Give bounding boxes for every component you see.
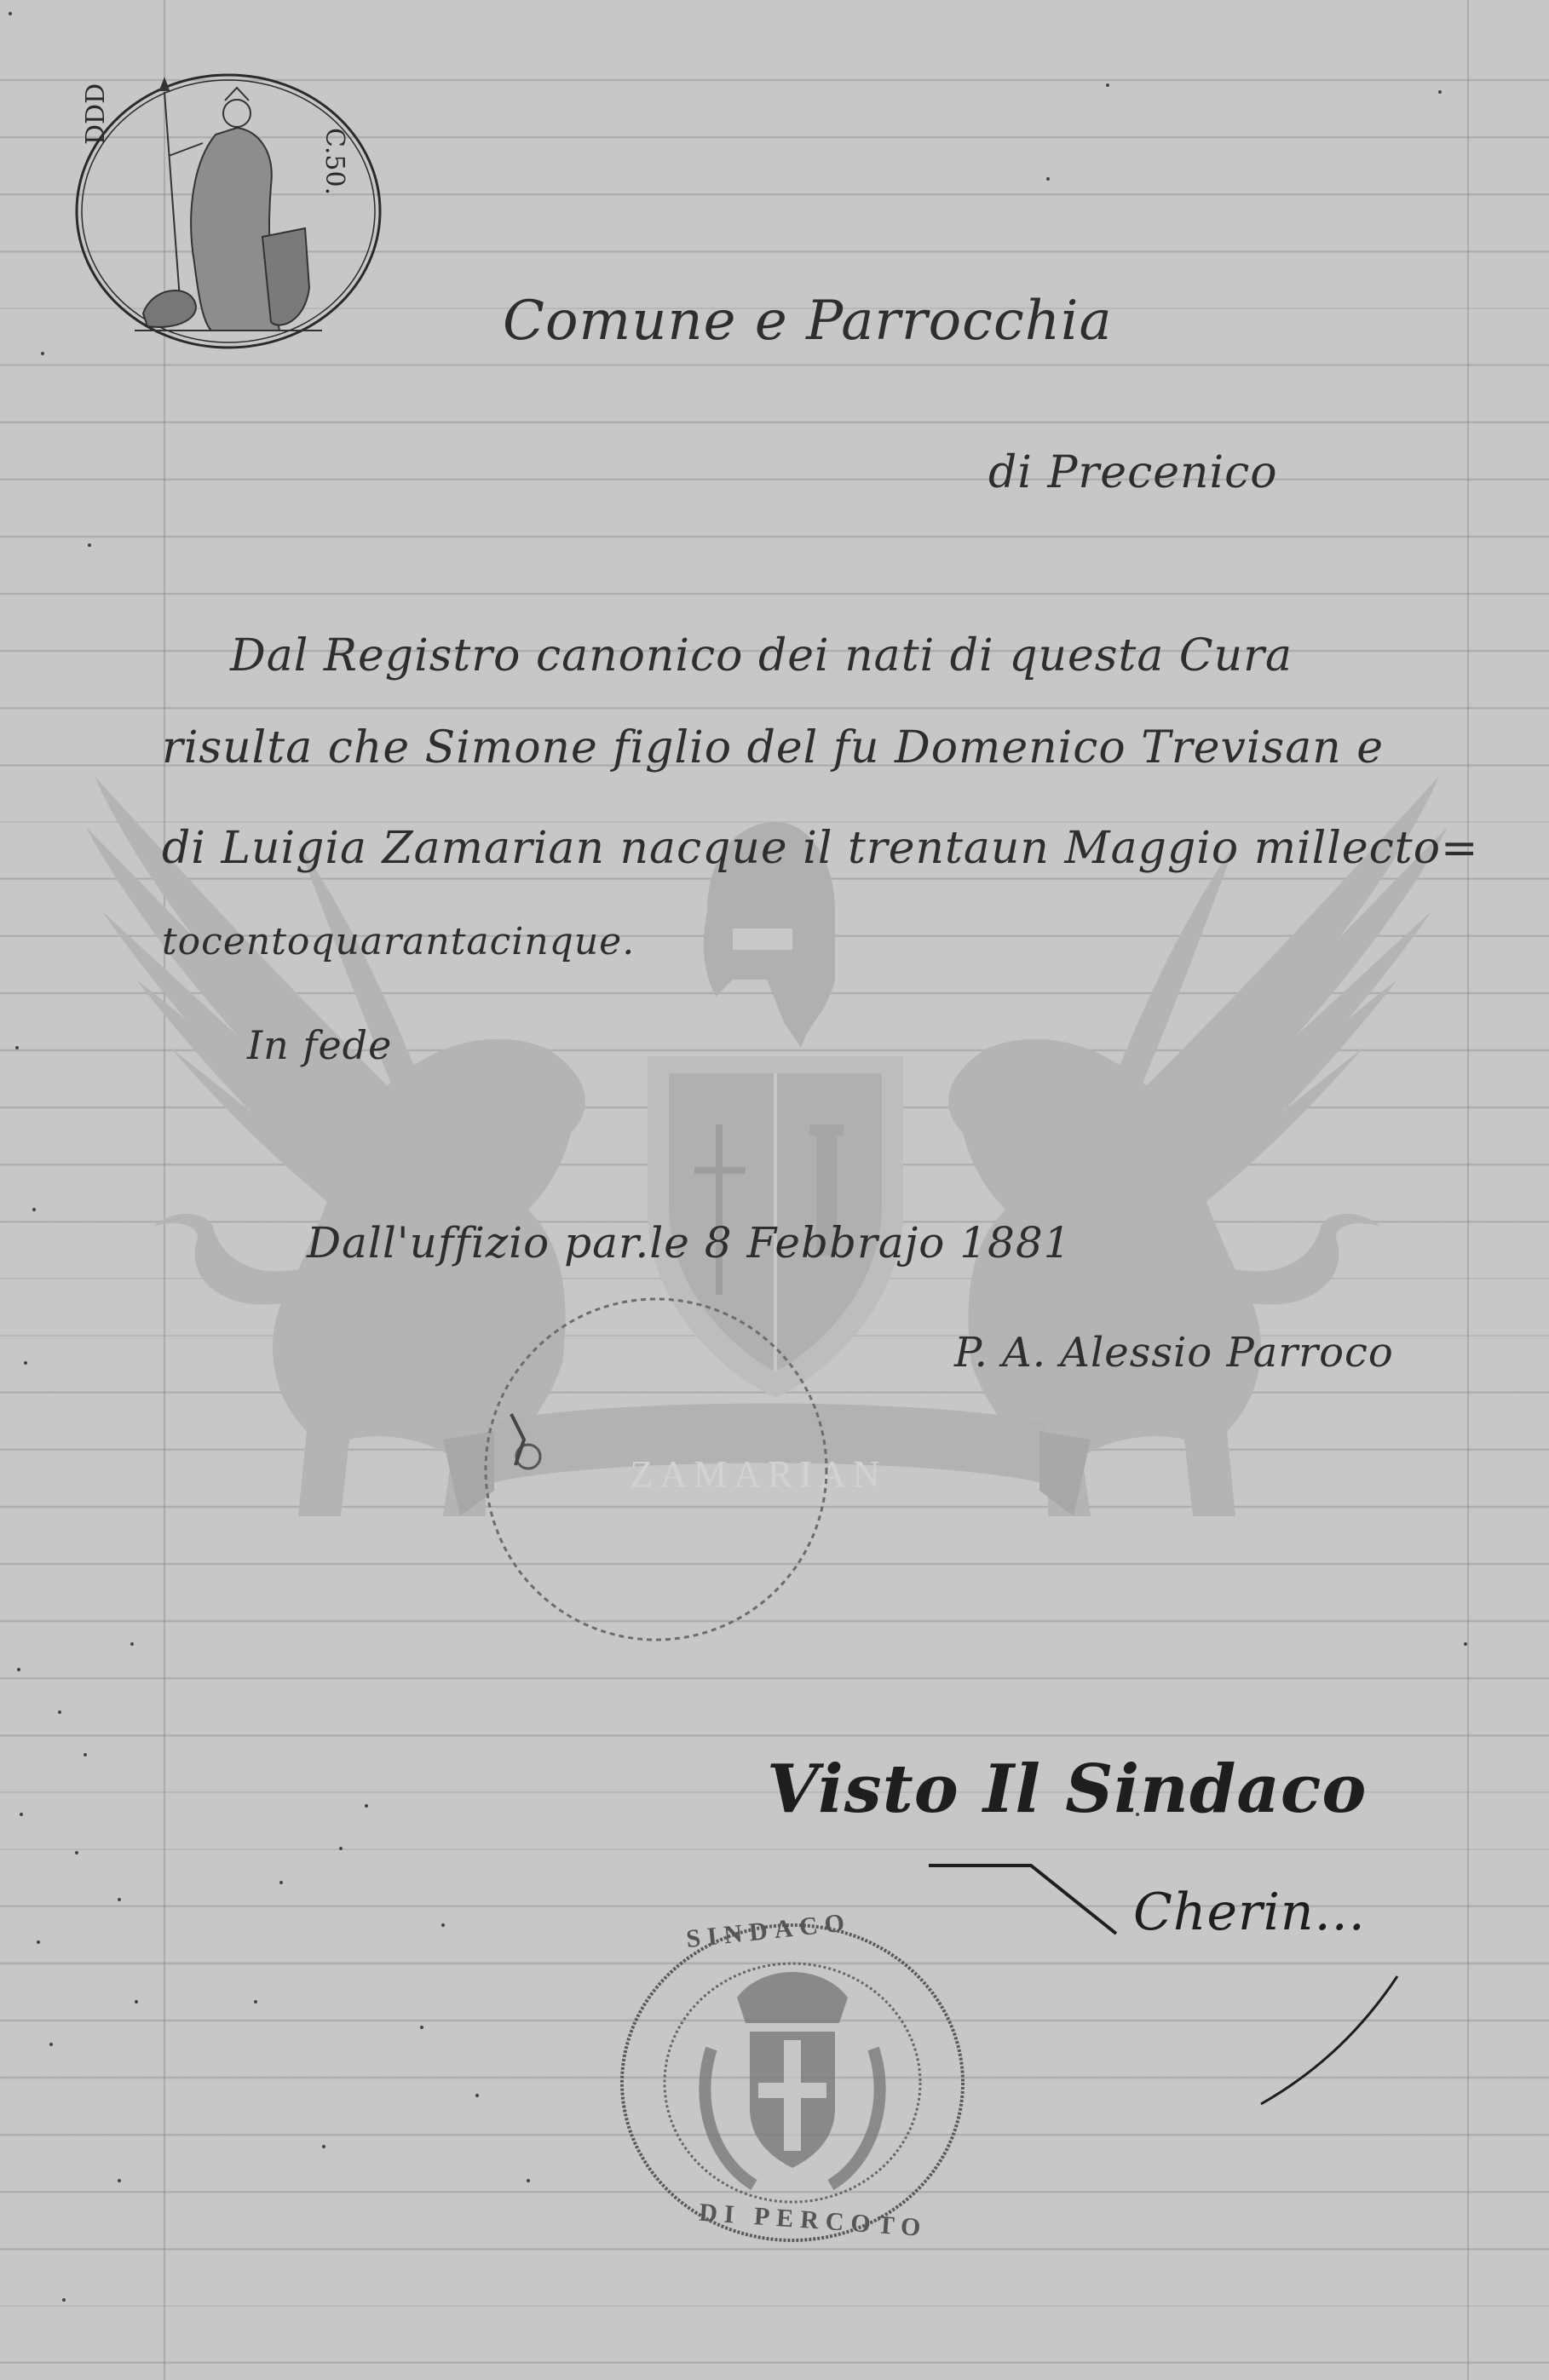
dateline: Dall'uffizio par.le 8 Febbrajo 1881 <box>307 1218 1071 1268</box>
header-comune-parrocchia: Comune e Parrocchia <box>503 290 1113 353</box>
priest-signature: P. A. Alessio Parroco <box>954 1329 1394 1377</box>
body-line-1: Dal Registro canonico dei nati di questa… <box>230 630 1293 681</box>
header-locality: di Precenico <box>988 447 1278 498</box>
winged-lion-right-icon <box>948 775 1448 1516</box>
mayor-seal <box>609 1912 976 2253</box>
right-margin-rule <box>1467 0 1469 2380</box>
signature-flourish-icon <box>920 1857 1431 2113</box>
official-signature: Visto Il Sindaco <box>767 1751 1367 1828</box>
body-line-2: risulta che Simone figlio del fu Domenic… <box>162 722 1384 773</box>
stamp-value-text: C.50. <box>320 128 349 195</box>
coat-of-arms-icon <box>705 1972 879 2185</box>
revenue-stamp <box>66 66 390 356</box>
stamp-left-text: DDD <box>81 83 111 145</box>
in-fede-line: In fede <box>247 1022 392 1068</box>
parish-seal <box>477 1286 835 1653</box>
allegorical-figure-icon <box>135 79 322 331</box>
body-line-4: tocentoquarantacinque. <box>162 920 635 963</box>
document-page: ZAMARIAN DDD C.50. Comune e Parrocchia d… <box>0 0 1549 2380</box>
body-line-3: di Luigia Zamarian nacque il trentaun Ma… <box>162 823 1479 874</box>
